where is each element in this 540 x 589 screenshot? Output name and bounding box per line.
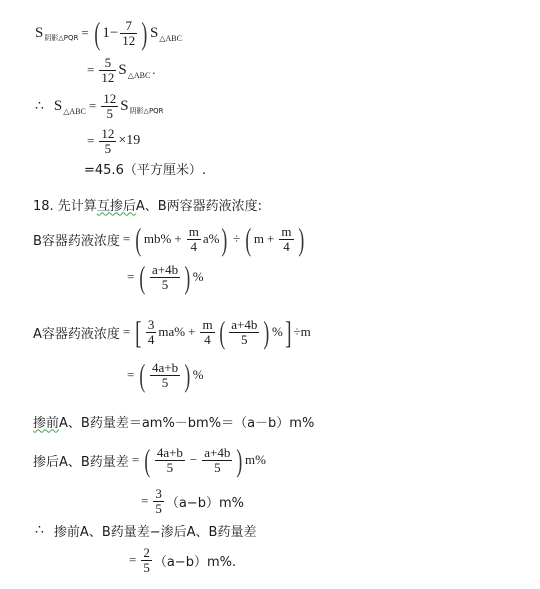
equation-step-4: = 12 5 ×19: [84, 124, 140, 158]
therefore-symbol: ∴: [35, 522, 44, 539]
equation-b-result: = ( a+4b 5 ) %: [124, 258, 204, 296]
term-mb: mb%: [144, 231, 171, 247]
plus-sign: +: [267, 231, 274, 247]
left-bracket-icon: [: [135, 316, 141, 348]
equation-shaded-area: S 阴影△PQR = ( 1− 7 12 ) S △ABC: [35, 12, 182, 54]
area-symbol: S: [120, 98, 128, 115]
minus-sign: −: [190, 452, 197, 468]
right-paren-icon: ): [264, 316, 270, 348]
area-symbol: S: [54, 98, 62, 115]
right-paren-icon: ): [237, 444, 243, 476]
fraction: 7 12: [120, 19, 137, 48]
equals-sign: =: [127, 367, 134, 383]
fraction: 12 5: [99, 127, 116, 156]
divide-m: ÷m: [294, 324, 311, 340]
term-ma: ma%: [158, 324, 185, 340]
right-paren-icon: ): [185, 261, 191, 293]
equals-sign: =: [123, 324, 130, 340]
area-symbol: S: [118, 62, 126, 79]
fraction: 4a+b 5: [155, 446, 185, 475]
equation-abc-area: ∴ S △ABC = 12 5 S 阴影△PQR: [35, 88, 164, 124]
equation-b-concentration: B容器药液浓度 = ( mb% + m 4 a% ) ÷ ( m + m 4 ): [33, 220, 306, 258]
equals-sign: =: [132, 452, 139, 468]
percent-sign: %: [272, 324, 283, 340]
left-paren-icon: (: [140, 261, 146, 293]
divide-sign: ÷: [233, 231, 240, 247]
equals-sign: =: [89, 98, 96, 114]
right-paren-icon: ): [222, 223, 228, 255]
fraction: 12 5: [101, 92, 118, 121]
area-symbol: S: [150, 25, 158, 42]
plus-sign: +: [188, 324, 195, 340]
equals-sign: =: [87, 133, 94, 149]
times-19: ×19: [118, 133, 140, 149]
m-percent: m%: [245, 452, 266, 468]
equation-final-result: = 2 5 （a−b）m%.: [126, 543, 236, 577]
equation-after-mixing-difference: 掺后A、B药量差 = ( 4a+b 5 − a+4b 5 ) m%: [33, 440, 266, 480]
equation-after-result: = 3 5 （a−b）m%: [138, 484, 244, 518]
before-diff-text: A、B药量差＝am%－bm%＝（a－b）m%: [59, 412, 314, 431]
heading-prefix: 18. 先计算: [33, 195, 97, 214]
before-underlined: 掺前: [33, 412, 59, 431]
equals-sign: =: [123, 231, 130, 247]
fraction: a+4b 5: [202, 446, 232, 475]
fraction: 3 4: [146, 318, 157, 347]
result-text: =45.6（平方厘米）.: [84, 159, 206, 178]
subscript-abc: △ABC: [63, 107, 86, 116]
left-paren-icon: (: [219, 316, 225, 348]
equals-sign: =: [141, 493, 148, 509]
fraction: a+4b 5: [229, 318, 259, 347]
right-paren-icon: ): [298, 223, 304, 255]
b-concentration-label: B容器药液浓度: [33, 230, 120, 249]
fraction: m 4: [200, 318, 214, 347]
equals-sign: =: [81, 25, 88, 41]
fraction: m 4: [187, 225, 201, 254]
equals-sign: =: [87, 62, 94, 78]
left-paren-icon: (: [94, 17, 100, 49]
a-concentration-label: A容器药液浓度: [33, 323, 120, 342]
fraction: 3 5: [153, 487, 164, 516]
equation-a-result: = ( 4a+b 5 ) %: [124, 356, 204, 394]
equals-sign: =: [127, 269, 134, 285]
equation-result: =45.6（平方厘米）.: [84, 159, 206, 177]
equals-sign: =: [129, 552, 136, 568]
fraction: a+4b 5: [150, 263, 180, 292]
subscript-abc: △ABC: [128, 71, 151, 80]
right-bracket-icon: ]: [285, 316, 291, 348]
term-a: a%: [203, 231, 220, 247]
right-paren-icon: ): [142, 17, 148, 49]
result-tail: （a−b）m%: [166, 492, 244, 511]
fraction: m 4: [279, 225, 293, 254]
left-paren-icon: (: [136, 223, 142, 255]
before-mixing-difference: 掺前 A、B药量差＝am%－bm%＝（a－b）m%: [33, 412, 314, 430]
heading-underlined: 互掺后: [97, 195, 136, 214]
right-paren-icon: ): [185, 359, 191, 391]
left-paren-icon: (: [246, 223, 252, 255]
period: .: [152, 62, 155, 78]
fraction: 5 12: [99, 56, 116, 85]
equation-step-2: = 5 12 S △ABC .: [84, 52, 156, 88]
fraction: 2 5: [141, 546, 152, 575]
equation-a-concentration: A容器药液浓度 = [ 3 4 ma% + m 4 ( a+4b 5 ) % ]…: [33, 312, 311, 352]
subscript-abc: △ABC: [159, 34, 182, 43]
problem-18-heading: 18. 先计算 互掺后 A、B两容器药液浓度:: [33, 195, 262, 213]
subscript-shaded-pqr: 阴影△PQR: [130, 106, 164, 116]
one-minus: 1−: [102, 25, 118, 42]
heading-suffix: A、B两容器药液浓度:: [136, 195, 262, 214]
final-tail: （a−b）m%.: [154, 551, 236, 570]
fraction: 4a+b 5: [150, 361, 180, 390]
subscript-shaded-pqr: 阴影△PQR: [44, 33, 78, 43]
left-paren-icon: (: [140, 359, 146, 391]
therefore-symbol: ∴: [35, 98, 44, 115]
percent-sign: %: [193, 269, 204, 285]
term-m: m: [254, 231, 264, 247]
conclusion-line: ∴ 掺前A、B药量差−渗后A、B药量差: [35, 521, 256, 539]
plus-sign: +: [174, 231, 181, 247]
conclusion-text: 掺前A、B药量差−渗后A、B药量差: [54, 521, 257, 540]
percent-sign: %: [193, 367, 204, 383]
after-diff-label: 掺后A、B药量差: [33, 451, 129, 470]
left-paren-icon: (: [145, 444, 151, 476]
area-symbol: S: [35, 25, 43, 42]
